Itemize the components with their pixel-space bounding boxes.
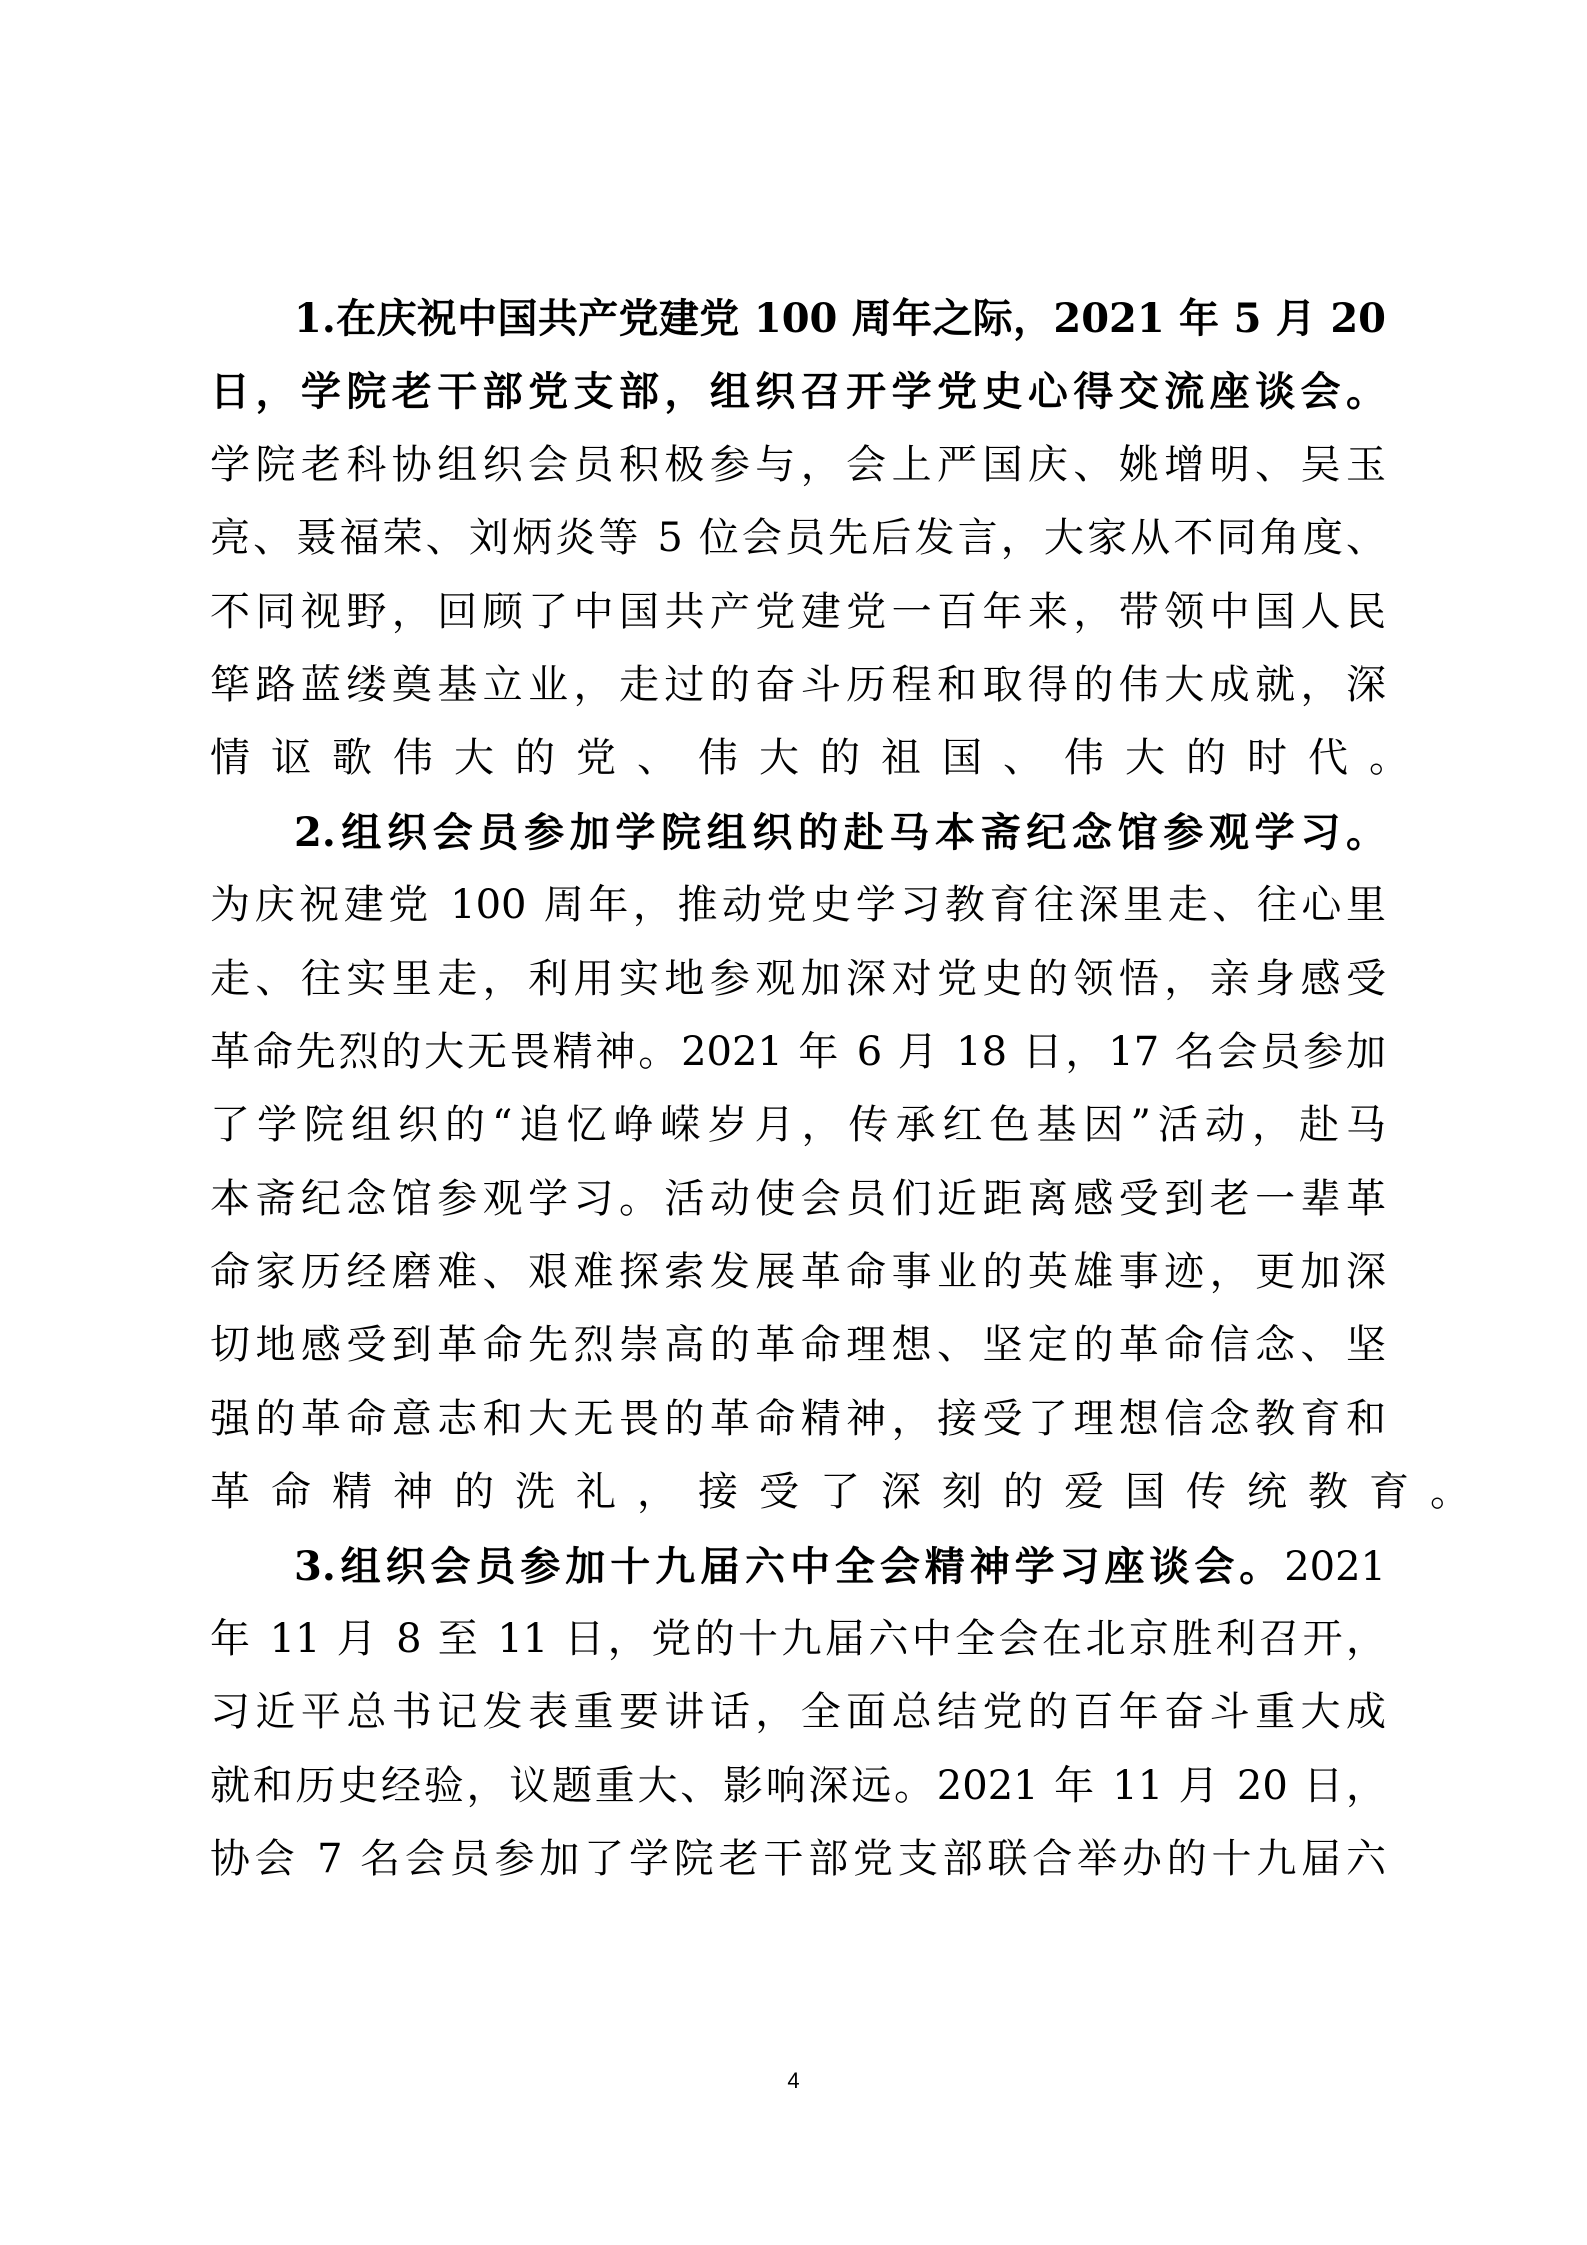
paragraph-2-line: 了学院组织的“追忆峥嵘岁月，传承红色基因”活动，赴马: [210, 1089, 1386, 1162]
paragraph-1-line: 筚路蓝缕奠基立业，走过的奋斗历程和取得的伟大成就，深: [210, 649, 1386, 722]
paragraph-1-heading-line: 1.在庆祝中国共产党建党 100 周年之际，2021 年 5 月 20: [210, 282, 1386, 355]
paragraph-2-line: 革命先烈的大无畏精神。2021 年 6 月 18 日，17 名会员参加: [210, 1016, 1386, 1089]
paragraph-1-line: 情讴歌伟大的党、伟大的祖国、伟大的时代。: [210, 722, 1386, 795]
paragraph-3-heading: 3.组织会员参加十九届六中全会精神学习座谈会。: [294, 1543, 1284, 1590]
paragraph-3-heading-rest: 2021: [1284, 1544, 1386, 1590]
paragraph-2-line: 革命精神的洗礼，接受了深刻的爱国传统教育。: [210, 1456, 1386, 1529]
paragraph-1-heading-line: 日，学院老干部党支部，组织召开学党史心得交流座谈会。: [210, 355, 1386, 428]
paragraph-2: 2.组织会员参加学院组织的赴马本斋纪念馆参观学习。 为庆祝建党 100 周年，推…: [210, 796, 1386, 1530]
paragraph-2-line: 本斋纪念馆参观学习。活动使会员们近距离感受到老一辈革: [210, 1163, 1386, 1236]
paragraph-1-line: 学院老科协组织会员积极参与，会上严国庆、姚增明、吴玉: [210, 429, 1386, 502]
page-number: 4: [0, 2068, 1587, 2094]
paragraph-2-line: 命家历经磨难、艰难探索发展革命事业的英雄事迹，更加深: [210, 1236, 1386, 1309]
paragraph-3-line: 就和历史经验，议题重大、影响深远。2021 年 11 月 20 日，: [210, 1750, 1386, 1823]
paragraph-3-line: 习近平总书记发表重要讲话，全面总结党的百年奋斗重大成: [210, 1676, 1386, 1749]
paragraph-3-first-line: 3.组织会员参加十九届六中全会精神学习座谈会。2021: [210, 1530, 1386, 1603]
paragraph-1-line: 亮、聂福荣、刘炳炎等 5 位会员先后发言，大家从不同角度、: [210, 502, 1386, 575]
paragraph-3-line: 协会 7 名会员参加了学院老干部党支部联合举办的十九届六: [210, 1823, 1386, 1896]
document-page: 1.在庆祝中国共产党建党 100 周年之际，2021 年 5 月 20 日，学院…: [210, 282, 1386, 1897]
paragraph-2-line: 切地感受到革命先烈崇高的革命理想、坚定的革命信念、坚: [210, 1309, 1386, 1382]
paragraph-2-line: 为庆祝建党 100 周年，推动党史学习教育往深里走、往心里: [210, 869, 1386, 942]
paragraph-1-line: 不同视野，回顾了中国共产党建党一百年来，带领中国人民: [210, 576, 1386, 649]
paragraph-3-line: 年 11 月 8 至 11 日，党的十九届六中全会在北京胜利召开，: [210, 1603, 1386, 1676]
paragraph-1: 1.在庆祝中国共产党建党 100 周年之际，2021 年 5 月 20 日，学院…: [210, 282, 1386, 796]
paragraph-3: 3.组织会员参加十九届六中全会精神学习座谈会。2021 年 11 月 8 至 1…: [210, 1530, 1386, 1897]
paragraph-2-heading-line: 2.组织会员参加学院组织的赴马本斋纪念馆参观学习。: [210, 796, 1386, 869]
paragraph-2-line: 走、往实里走，利用实地参观加深对党史的领悟，亲身感受: [210, 943, 1386, 1016]
paragraph-2-line: 强的革命意志和大无畏的革命精神，接受了理想信念教育和: [210, 1383, 1386, 1456]
